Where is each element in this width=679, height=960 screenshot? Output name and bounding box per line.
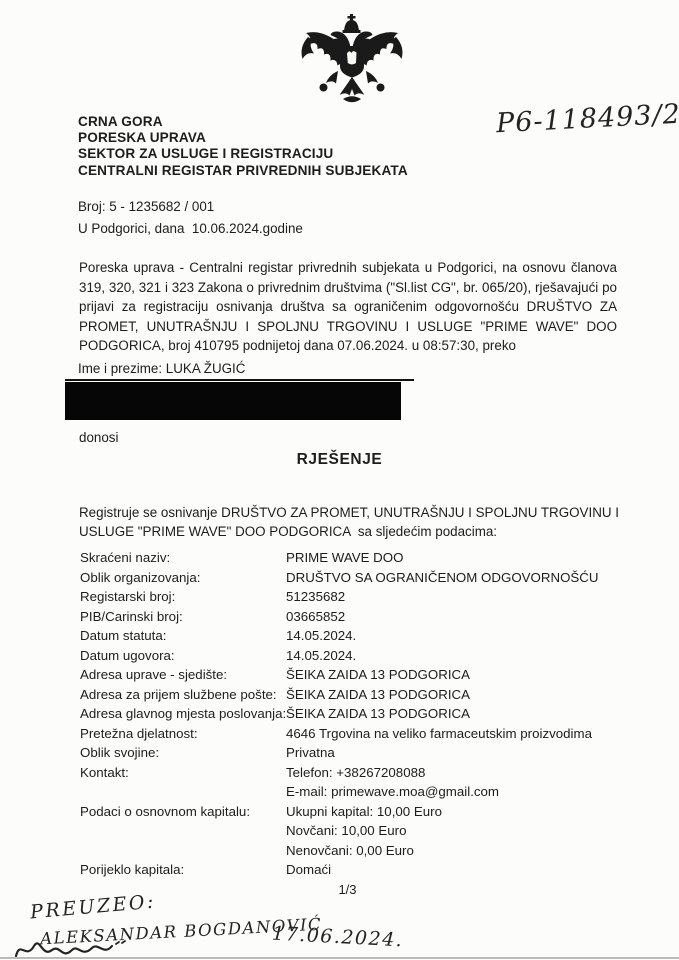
field-value: ŠEIKA ZAIDA 13 PODGORICA <box>286 665 662 685</box>
field-value: 51235682 <box>286 587 662 607</box>
handwritten-case-number: P6-118493/24 <box>495 98 679 140</box>
field-value: Privatna <box>286 743 662 763</box>
field-value: ŠEIKA ZAIDA 13 PODGORICA <box>286 704 662 724</box>
field-label: Kontakt: <box>80 763 286 802</box>
field-value: DRUŠTVO SA OGRANIČENOM ODGOVORNOŠĆU <box>286 568 662 588</box>
registration-paragraph: Registruje se osnivanje DRUŠTVO ZA PROME… <box>79 504 619 542</box>
issuer-registry: CENTRALNI REGISTAR PRIVREDNIH SUBJEKATA <box>78 163 408 179</box>
issuer-authority: PORESKA UPRAVA <box>78 130 408 146</box>
document-title: RJEŠENJE <box>0 451 679 469</box>
submitter-name-line: Ime i prezime: LUKA ŽUGIĆ <box>65 361 414 381</box>
field-label: Podaci o osnovnom kapitalu: <box>80 802 286 861</box>
redaction-box <box>65 382 401 420</box>
field-label: Adresa za prijem službene pošte: <box>80 685 286 705</box>
montenegro-coat-of-arms-icon <box>293 14 411 122</box>
field-label: PIB/Carinski broj: <box>80 607 286 627</box>
field-value: PRIME WAVE DOO <box>286 548 662 568</box>
field-label: Registarski broj: <box>80 587 286 607</box>
donosi-text: donosi <box>79 430 118 445</box>
document-number: Broj: 5 - 1235682 / 001 <box>78 196 303 218</box>
issuer-sector: SEKTOR ZA USLUGE I REGISTRACIJU <box>78 146 408 162</box>
place-and-date: U Podgorici, dana 10.06.2024.godine <box>78 218 303 240</box>
field-label: Skraćeni naziv: <box>80 548 286 568</box>
field-label: Oblik svojine: <box>80 743 286 763</box>
registration-fields-table: Skraćeni naziv:PRIME WAVE DOO Oblik orga… <box>80 548 662 880</box>
field-value: 4646 Trgovina na veliko farmaceutskim pr… <box>286 724 662 744</box>
field-value: Domaći <box>286 860 662 880</box>
field-value: 14.05.2024. <box>286 646 662 666</box>
field-label: Oblik organizovanja: <box>80 568 286 588</box>
field-label: Porijeklo kapitala: <box>80 860 286 880</box>
intro-paragraph: Poreska uprava - Centralni registar priv… <box>79 258 617 356</box>
field-value: 14.05.2024. <box>286 626 662 646</box>
field-value: Ukupni kapital: 10,00 Euro Novčani: 10,0… <box>286 802 662 861</box>
field-label: Adresa uprave - sjedište: <box>80 665 286 685</box>
field-value: Telefon: +38267208088 E-mail: primewave.… <box>286 763 662 802</box>
field-value: 03665852 <box>286 607 662 627</box>
field-value: ŠEIKA ZAIDA 13 PODGORICA <box>286 685 662 705</box>
handwritten-received-date: 17.06.2024. <box>272 923 404 952</box>
issuer-header: CRNA GORA PORESKA UPRAVA SEKTOR ZA USLUG… <box>78 114 408 179</box>
scan-edge-line <box>0 957 679 959</box>
field-label: Adresa glavnog mjesta poslovanja: <box>80 704 286 724</box>
document-page: P6-118493/24 CRNA GORA PORESKA UPRAVA SE… <box>0 0 679 960</box>
document-meta: Broj: 5 - 1235682 / 001 U Podgorici, dan… <box>78 196 303 240</box>
field-label: Datum statuta: <box>80 626 286 646</box>
field-label: Datum ugovora: <box>80 646 286 666</box>
field-label: Pretežna djelatnost: <box>80 724 286 744</box>
issuer-country: CRNA GORA <box>78 114 408 130</box>
